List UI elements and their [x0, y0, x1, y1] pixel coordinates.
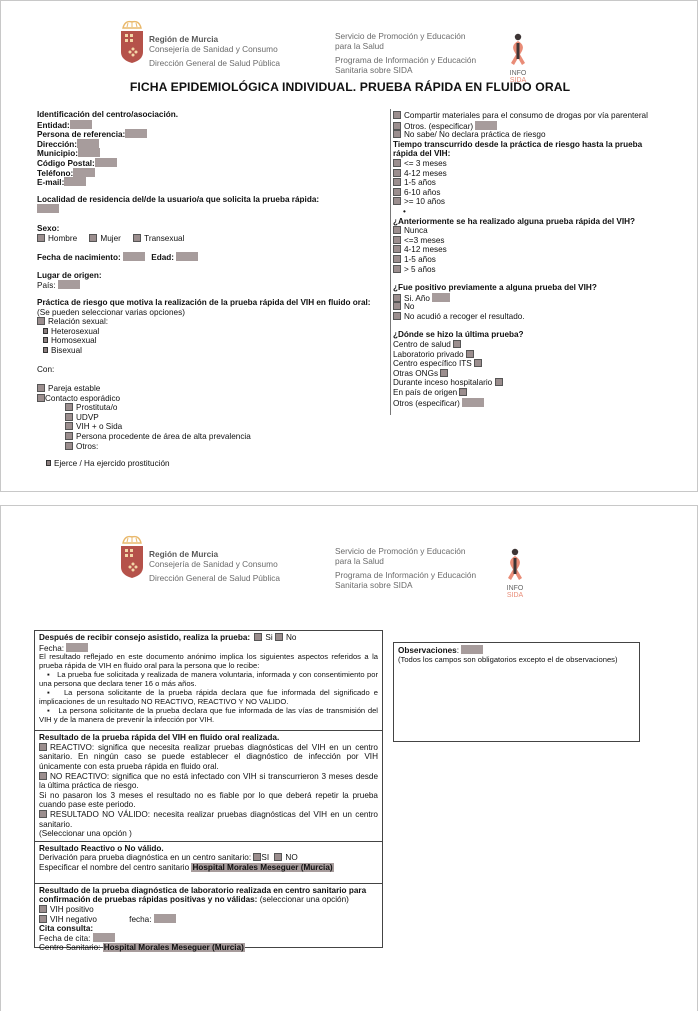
checkbox[interactable]	[39, 905, 47, 913]
checkbox[interactable]	[393, 169, 401, 177]
infosida-logo: INFO SIDA	[507, 33, 529, 84]
org-dept: Consejería de Sanidad y Consumo	[149, 44, 280, 54]
program-line-1: Programa de Información y Educación	[335, 570, 476, 580]
checkbox[interactable]	[37, 317, 45, 325]
result-section: Resultado de la prueba rápida del VIH en…	[35, 730, 382, 841]
positive-option-si[interactable]: Si. Año	[393, 293, 683, 303]
field-age[interactable]	[176, 252, 198, 261]
option-udvp[interactable]: UDVP	[37, 413, 382, 423]
checkbox[interactable]	[393, 188, 401, 196]
previous-option[interactable]: > 5 años	[393, 265, 683, 275]
counsel-bullet: ▪ La prueba fue solicitada y realizada d…	[39, 670, 378, 688]
counsel-row: Después de recibir consejo asistido, rea…	[39, 633, 378, 643]
positive-option-no[interactable]: No	[393, 302, 683, 312]
option-homosexual[interactable]: Homosexual	[37, 336, 382, 346]
form-page-2: Región de Murcia Consejería de Sanidad y…	[0, 505, 698, 1011]
checkbox[interactable]	[37, 234, 45, 242]
checkbox-no[interactable]	[275, 633, 283, 641]
field-appointment-date[interactable]: Fecha de cita:	[39, 933, 378, 943]
program-line-1: Programa de Información y Educación	[335, 55, 476, 65]
program-line-2: Sanitaria sobre SIDA	[335, 65, 476, 75]
result-non-reactive[interactable]: NO REACTIVO: significa que no está infec…	[39, 772, 378, 791]
org-directorate: Dirección General de Salud Pública	[149, 573, 280, 583]
sex-options: Hombre Mujer Transexual	[37, 234, 382, 244]
option-prostituta[interactable]: Prostituta/o	[37, 403, 382, 413]
checkbox[interactable]	[393, 159, 401, 167]
lab-option-negative[interactable]: VIH negativo fecha:	[39, 914, 378, 924]
field-entidad[interactable]: Entidad:	[37, 120, 382, 130]
right-column: Compartir materiales para el consumo de …	[393, 111, 683, 407]
checkbox[interactable]	[39, 743, 47, 751]
time-option[interactable]: <= 3 meses	[393, 159, 683, 169]
option-otros-contacto[interactable]: Otros:	[37, 442, 382, 452]
field-country[interactable]: País:	[37, 280, 382, 290]
checkbox[interactable]	[65, 403, 73, 411]
org-block: Región de Murcia Consejería de Sanidad y…	[149, 34, 280, 68]
previous-option[interactable]: 4-12 meses	[393, 245, 683, 255]
age-label: Edad:	[151, 253, 174, 262]
checkbox[interactable]	[393, 226, 401, 234]
where-option-otros[interactable]: Otros (especificar)	[393, 398, 683, 408]
counsel-intro: El resultado reflejado en este documento…	[39, 652, 378, 670]
checkbox[interactable]	[393, 236, 401, 244]
checkbox[interactable]	[37, 384, 45, 392]
field-email[interactable]: E-mail:	[37, 177, 382, 187]
column-divider	[390, 109, 391, 415]
positive-heading: ¿Fue positivo previamente a alguna prueb…	[393, 283, 683, 293]
org-block: Región de Murcia Consejería de Sanidad y…	[149, 549, 280, 583]
previous-option[interactable]: 1-5 años	[393, 255, 683, 265]
option-no-sabe[interactable]: No sabe/ No declara práctica de riesgo	[393, 130, 683, 140]
lab-option-positive[interactable]: VIH positivo	[39, 905, 378, 915]
lab-heading-note: (seleccionar una opción)	[260, 895, 349, 904]
checkbox[interactable]	[89, 234, 97, 242]
checkbox[interactable]	[43, 337, 48, 343]
time-option[interactable]: >= 10 años	[393, 197, 683, 207]
checkbox[interactable]	[459, 388, 467, 396]
checkbox[interactable]	[37, 394, 45, 402]
option-vih-sida[interactable]: VIH + o Sida	[37, 422, 382, 432]
program-line-2: Sanitaria sobre SIDA	[335, 580, 476, 590]
field-residence[interactable]	[37, 204, 382, 214]
sex-label: Sexo:	[37, 224, 382, 234]
checkbox[interactable]	[65, 413, 73, 421]
option-pareja-estable[interactable]: Pareja estable	[37, 384, 382, 394]
previous-option[interactable]: Nunca	[393, 226, 683, 236]
checkbox-no[interactable]	[274, 853, 282, 861]
checkbox[interactable]	[65, 422, 73, 430]
checkbox[interactable]	[39, 810, 47, 818]
field-birth-date[interactable]	[123, 252, 145, 261]
checkbox[interactable]	[393, 111, 401, 119]
birth-label: Fecha de nacimiento:	[37, 253, 121, 262]
field-persona-referencia[interactable]: Persona de referencia:	[37, 129, 382, 139]
field-direccion[interactable]: Dirección:	[37, 139, 382, 149]
checkbox[interactable]	[46, 460, 51, 466]
checkbox[interactable]	[43, 347, 48, 353]
counsel-bullet: ▪ La persona solicitante de la prueba rá…	[39, 688, 378, 706]
checkbox[interactable]	[393, 245, 401, 253]
checkbox[interactable]	[393, 294, 401, 302]
con-label: Con:	[37, 365, 382, 375]
option-otros-especificar[interactable]: Otros. (especificar)	[393, 121, 683, 131]
where-heading: ¿Dónde se hizo la última prueba?	[393, 330, 683, 340]
form-title: FICHA EPIDEMIOLÓGICA INDIVIDUAL. PRUEBA …	[1, 83, 698, 93]
service-block: Servicio de Promoción y Educación para l…	[335, 31, 476, 75]
option-compartir-materiales[interactable]: Compartir materiales para el consumo de …	[393, 111, 683, 121]
option-heterosexual[interactable]: Heterosexual	[37, 327, 382, 337]
checkbox[interactable]	[39, 915, 47, 923]
risk-note: (Se pueden seleccionar varias opciones)	[37, 308, 382, 318]
service-block: Servicio de Promoción y Educación para l…	[335, 546, 476, 590]
result-select-note: (Seleccionar una opción )	[39, 829, 378, 839]
observations-box[interactable]: Observaciones: (Todos los campos son obl…	[393, 642, 640, 742]
time-option[interactable]: 6-10 años	[393, 188, 683, 198]
where-option[interactable]: En país de origen	[393, 388, 683, 398]
checkbox[interactable]	[39, 772, 47, 780]
logo-sida-text: SIDA	[504, 592, 526, 599]
org-dept: Consejería de Sanidad y Consumo	[149, 559, 280, 569]
referral-derivation-row: Derivación para prueba diagnóstica en un…	[39, 853, 378, 863]
sex-option-mujer[interactable]: Mujer	[89, 234, 120, 243]
murcia-coat-of-arms-icon	[119, 18, 145, 67]
origin-label: Lugar de origen:	[37, 271, 382, 281]
field-referral-center[interactable]: Hospital Morales Meseguer (Murcia)	[191, 863, 333, 872]
logo-info-text: INFO	[507, 70, 529, 77]
service-line-1: Servicio de Promoción y Educación	[335, 31, 476, 41]
sex-option-transexual[interactable]: Transexual	[133, 234, 184, 243]
checkbox[interactable]	[65, 432, 73, 440]
where-option[interactable]: Otras ONGs	[393, 369, 683, 379]
referral-section: Resultado Reactivo o No válido. Derivaci…	[35, 841, 382, 883]
positive-option-no-acudio[interactable]: No acudió a recoger el resultado.	[393, 312, 683, 322]
bullet-marker: •	[393, 207, 683, 217]
checkbox[interactable]	[466, 350, 474, 358]
field-codigo-postal[interactable]: Código Postal:	[37, 158, 382, 168]
org-name: Región de Murcia	[149, 549, 280, 559]
checkbox[interactable]	[133, 234, 141, 242]
checkbox[interactable]	[393, 302, 401, 310]
form-page-1: Región de Murcia Consejería de Sanidad y…	[0, 0, 698, 492]
checkbox[interactable]	[393, 122, 401, 130]
field-observations[interactable]	[461, 645, 483, 654]
where-option[interactable]: Centro específico ITS	[393, 359, 683, 369]
risk-heading: Práctica de riesgo que motiva la realiza…	[37, 298, 382, 308]
checkbox[interactable]	[474, 359, 482, 367]
field-lab-date[interactable]	[154, 914, 176, 923]
previous-option[interactable]: <=3 meses	[393, 236, 683, 246]
counsel-bullet: ▪ La persona solicitante de la prueba de…	[39, 706, 378, 724]
field-fecha[interactable]: Fecha:	[39, 643, 378, 653]
murcia-coat-of-arms-icon	[119, 533, 145, 582]
field-lab-center[interactable]: Hospital Morales Meseguer (Murcia)	[103, 943, 245, 952]
field-telefono[interactable]: Teléfono:	[37, 168, 382, 178]
time-option[interactable]: 1-5 años	[393, 178, 683, 188]
org-directorate: Dirección General de Salud Pública	[149, 58, 280, 68]
checkbox[interactable]	[495, 378, 503, 386]
service-line-2: para la Salud	[335, 41, 476, 51]
counsel-heading: Después de recibir consejo asistido, rea…	[39, 633, 250, 642]
left-column: Identificación del centro/asociación. En…	[37, 110, 382, 469]
checkbox[interactable]	[393, 130, 401, 138]
birth-age-row: Fecha de nacimiento: Edad:	[37, 252, 382, 262]
option-contacto-esporadico[interactable]: Contacto esporádico	[37, 394, 382, 404]
checkbox[interactable]	[43, 328, 48, 334]
checkbox[interactable]	[393, 312, 401, 320]
previous-heading: ¿Anteriormente se ha realizado alguna pr…	[393, 217, 683, 227]
checkbox[interactable]	[453, 340, 461, 348]
lab-center-row: Centro Sanitario: Hospital Morales Meseg…	[39, 943, 378, 953]
appointment-label: Cita consulta:	[39, 924, 378, 934]
time-option[interactable]: 4-12 meses	[393, 169, 683, 179]
aids-ribbon-icon	[509, 33, 527, 67]
counsel-section: Después de recibir consejo asistido, rea…	[35, 631, 382, 730]
result-reactive[interactable]: REACTIVO: significa que necesita realiza…	[39, 743, 378, 772]
observations-label: Observaciones	[398, 646, 457, 655]
sex-option-hombre[interactable]: Hombre	[37, 234, 77, 243]
where-option[interactable]: Durante inceso hospitalario	[393, 378, 683, 388]
aids-ribbon-icon	[506, 548, 524, 582]
logo-info-text: INFO	[504, 585, 526, 592]
checkbox-si[interactable]	[254, 633, 262, 641]
time-heading: Tiempo transcurrido desde la práctica de…	[393, 140, 658, 159]
option-bisexual[interactable]: Bisexual	[37, 346, 382, 356]
observations-note: (Todos los campos son obligatorios excep…	[398, 655, 635, 665]
where-option[interactable]: Laboratorio privado	[393, 350, 683, 360]
checkbox[interactable]	[393, 255, 401, 263]
org-name: Región de Murcia	[149, 34, 280, 44]
lab-section: Resultado de la prueba diagnóstica de la…	[35, 883, 382, 955]
field-municipio[interactable]: Municipio:	[37, 148, 382, 158]
result-non-reactive-note: Si no pasaron los 3 meses el resultado n…	[39, 791, 378, 810]
result-invalid[interactable]: RESULTADO NO VÁLIDO: necesita realizar p…	[39, 810, 378, 829]
result-heading: Resultado de la prueba rápida del VIH en…	[39, 733, 378, 743]
option-alta-prevalencia[interactable]: Persona procedente de área de alta preva…	[37, 432, 382, 442]
test-form-box: Después de recibir consejo asistido, rea…	[34, 630, 383, 948]
option-prostitucion[interactable]: Ejerce / Ha ejercido prostitución	[37, 459, 382, 469]
referral-heading: Resultado Reactivo o No válido.	[39, 844, 378, 854]
checkbox[interactable]	[440, 369, 448, 377]
where-option[interactable]: Centro de salud	[393, 340, 683, 350]
id-heading: Identificación del centro/asociación.	[37, 110, 382, 120]
infosida-logo: INFO SIDA	[504, 548, 526, 599]
referral-center-row: Especificar el nombre del centro sanitar…	[39, 863, 378, 873]
residence-label: Localidad de residencia del/de la usuari…	[37, 195, 382, 205]
service-line-1: Servicio de Promoción y Educación	[335, 546, 476, 556]
checkbox[interactable]	[393, 265, 401, 273]
checkbox[interactable]	[393, 197, 401, 205]
option-relacion-sexual[interactable]: Relación sexual:	[37, 317, 382, 327]
checkbox[interactable]	[65, 442, 73, 450]
checkbox[interactable]	[393, 178, 401, 186]
service-line-2: para la Salud	[335, 556, 476, 566]
